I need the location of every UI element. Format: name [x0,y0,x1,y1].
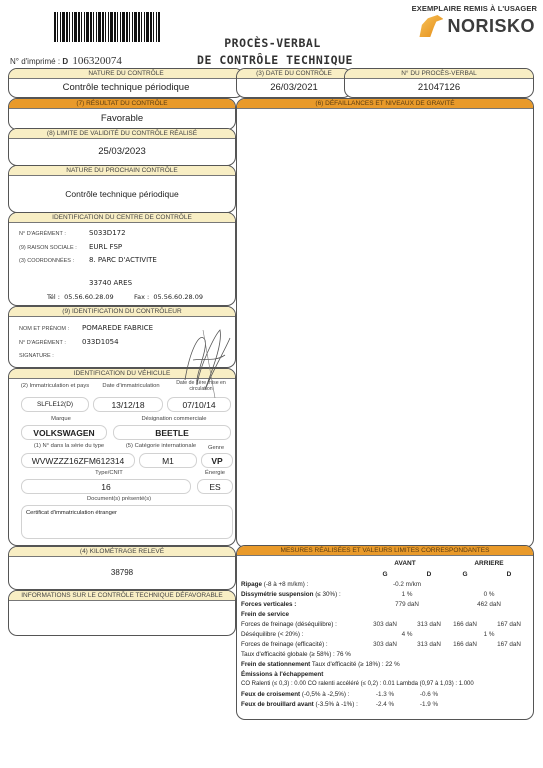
pv-number-value: 21047126 [345,79,533,97]
next-control-label: NATURE DU PROCHAIN CONTRÔLE [9,166,235,176]
center-box: IDENTIFICATION DU CENTRE DE CONTRÔLE N° … [8,212,236,306]
brake-imbalance-label: Forces de freinage (déséquilibre) : [241,621,337,628]
brake-eff-rr: 167 daN [489,641,529,648]
rear-right-header: D [489,571,529,578]
immat-label: (2) Immatriculation et pays [15,383,95,389]
low-beam-row: Feux de croisement (-0,5% à -2,5%) : [241,691,350,698]
nature-controle-box: NATURE DU CONTRÔLE Contrôle technique pé… [8,68,244,98]
unfavorable-info-box: INFORMATIONS SUR LE CONTRÔLE TECHNIQUE D… [8,590,236,636]
fax-label: Fax : [134,293,149,301]
documents-field: Certificat d'immatriculation étranger [21,505,233,539]
brake-imbalance-rl: 166 daN [445,621,485,628]
designation-field: BEETLE [113,425,231,440]
fog-limit: (-3.5% à -1%) : [316,701,358,708]
brake-imbalance-rr: 167 daN [489,621,529,628]
front-right-header: D [409,571,449,578]
energy-field: ES [197,479,233,494]
controller-signature-label: SIGNATURE : [19,353,54,359]
service-brake-heading: Frein de service [241,611,289,618]
center-address1: 8. PARC D'ACTIVITE [89,256,157,264]
center-fax: Fax : 05.56.60.28.09 [134,293,203,301]
print-number-value: 106320074 [72,55,122,67]
date-immat-field: 13/12/18 [93,397,163,412]
brand-name: NORISKO [447,16,535,37]
barcode [54,12,160,42]
category-field: M1 [139,453,197,468]
center-raison-value: EURL FSP [89,243,122,251]
dissym-row: Dissymétrie suspension (≤ 30%) : [241,591,341,598]
global-efficiency: Taux d'efficacité globale (≥ 58%) : 76 % [241,651,351,658]
center-address2: 33740 ARES [89,279,132,287]
defects-box: (6) DÉFAILLANCES ET NIVEAUX DE GRAVITÉ [236,98,534,548]
result-box: (7) RÉSULTAT DU CONTRÔLE Favorable [8,98,236,130]
imbalance-label: Déséquilibre (< 20%) : [241,631,303,638]
parking-brake-label: Frein de stationnement [241,661,310,668]
fax-value: 05.56.60.28.09 [153,293,203,301]
emissions-heading: Émissions à l'échappement [241,671,323,678]
ripage-front: -0.2 m/km [387,581,427,588]
dissym-front: 1 % [387,591,427,598]
brand-logo: NORISKO [419,15,535,37]
imbalance-front: 4 % [387,631,427,638]
brake-eff-fr: 313 daN [409,641,449,648]
result-label: (7) RÉSULTAT DU CONTRÔLE [9,99,235,109]
designation-label: Désignation commerciale [119,416,229,422]
brake-eff-label: Forces de freinage (efficacité) : [241,641,328,648]
vertical-rear: 462 daN [469,601,509,608]
mileage-box: (4) KILOMÉTRAGE RELEVÉ 38798 [8,546,236,590]
low-beam-left: -1.3 % [365,691,405,698]
fog-row: Feux de brouillard avant (-3.5% à -1%) : [241,701,358,708]
center-label: IDENTIFICATION DU CENTRE DE CONTRÔLE [9,213,235,223]
vertical-front: 779 daN [387,601,427,608]
date-controle-label: (3) DATE DU CONTRÔLE [237,69,351,79]
brake-eff-fl: 303 daN [365,641,405,648]
validity-value: 25/03/2023 [9,139,235,165]
next-control-value: Contrôle technique périodique [9,176,235,212]
print-number-label: N° d'imprimé : [10,57,60,66]
genre-field: VP [201,453,233,468]
pv-number-box: N° DU PROCÈS-VERBAL 21047126 [344,68,534,98]
immat-field: SLFLE12(D) [21,397,89,412]
print-number-prefix: D [62,57,68,66]
vertical-row: Forces verticales : [241,601,296,608]
measures-label: MESURES RÉALISÉES ET VALEURS LIMITES COR… [237,546,533,556]
ripage-row: Ripage (-8 à +8 m/km) : [241,581,308,588]
nature-controle-value: Contrôle technique périodique [9,79,243,97]
front-header: AVANT [385,560,425,567]
fog-left: -2.4 % [365,701,405,708]
controller-name-label: NOM ET PRÉNOM : [19,326,69,332]
fog-right: -1.9 % [409,701,449,708]
center-coord-label: (3) COORDONNÉES : [19,258,74,264]
unfavorable-info-label: INFORMATIONS SUR LE CONTRÔLE TECHNIQUE D… [9,591,235,601]
low-beam-right: -0.6 % [409,691,449,698]
genre-label: Genre [199,445,233,451]
controller-agrement-label: N° D'AGRÉMENT : [19,340,66,346]
date-immat-label: Date d'immatriculation [97,383,165,389]
marque-label: Marque [21,416,101,422]
controller-name-value: POMAREDE FABRICE [82,324,153,332]
signature-scribble [175,320,235,400]
type-field: 16 [21,479,191,494]
low-beam-label: Feux de croisement [241,691,300,698]
eagle-logo-icon [419,15,443,37]
fog-label: Feux de brouillard avant [241,701,314,708]
nature-controle-label: NATURE DU CONTRÔLE [9,69,243,79]
parking-brake-row: Frein de stationnement Taux d'efficacité… [241,661,400,668]
emissions-values: CO Ralenti (≤ 0,3) : 0.00 CO ralenti acc… [241,681,474,687]
date-controle-box: (3) DATE DU CONTRÔLE 26/03/2021 [236,68,352,98]
vin-label: (1) N° dans la série du type [19,443,119,449]
mileage-value: 38798 [9,557,235,589]
center-agrement-value: S033D172 [89,229,126,237]
defects-label: (6) DÉFAILLANCES ET NIVEAUX DE GRAVITÉ [237,99,533,109]
dissym-rear: 0 % [469,591,509,598]
controller-agrement-value: 033D1054 [82,338,119,346]
pv-number-label: N° DU PROCÈS-VERBAL [345,69,533,79]
tel-label: Tél : [47,293,60,301]
ripage-limit: (-8 à +8 m/km) : [264,581,309,588]
center-phone: Tél : 05.56.60.28.09 [47,293,114,301]
center-agrement-label: N° D'AGRÉMENT : [19,231,66,237]
parking-brake-value: Taux d'efficacité (≥ 18%) : 22 % [312,661,400,668]
copy-notice: EXEMPLAIRE REMIS À L'USAGER [412,4,537,13]
next-control-box: NATURE DU PROCHAIN CONTRÔLE Contrôle tec… [8,165,236,213]
result-value: Favorable [9,109,235,129]
mileage-label: (4) KILOMÉTRAGE RELEVÉ [9,547,235,557]
rear-header: ARRIERE [469,560,509,567]
imbalance-rear: 1 % [469,631,509,638]
validity-label: (8) LIMITE DE VALIDITÉ DU CONTRÔLE RÉALI… [9,129,235,139]
page-title-line2: DE CONTRÔLE TECHNIQUE [180,53,370,67]
rear-left-header: G [445,571,485,578]
low-beam-limit: (-0,5% à -2,5%) : [302,691,350,698]
dissym-limit: (≤ 30%) : [315,591,341,598]
print-number: N° d'imprimé : D 106320074 [10,55,122,67]
documents-label: Document(s) présenté(s) [49,496,189,502]
front-left-header: G [365,571,405,578]
vertical-label: Forces verticales : [241,601,296,608]
category-label: (5) Catégorie internationale [121,443,201,449]
controller-label: (9) IDENTIFICATION DU CONTRÔLEUR [9,307,235,317]
page-title-line1: PROCÈS-VERBAL [185,36,360,50]
brake-eff-rl: 166 daN [445,641,485,648]
marque-field: VOLKSWAGEN [21,425,107,440]
dissym-label: Dissymétrie suspension [241,591,313,598]
vin-field: WVWZZZ16ZFM612314 [21,453,135,468]
center-raison-label: (9) RAISON SOCIALE : [19,245,77,251]
energy-label: Énergie [197,470,233,476]
date-controle-value: 26/03/2021 [237,79,351,97]
brake-imbalance-fl: 303 daN [365,621,405,628]
ripage-label: Ripage [241,581,262,588]
type-label: Type/CNIT [69,470,149,476]
measures-box: MESURES RÉALISÉES ET VALEURS LIMITES COR… [236,545,534,720]
tel-value: 05.56.60.28.09 [64,293,114,301]
validity-box: (8) LIMITE DE VALIDITÉ DU CONTRÔLE RÉALI… [8,128,236,166]
brake-imbalance-fr: 313 daN [409,621,449,628]
